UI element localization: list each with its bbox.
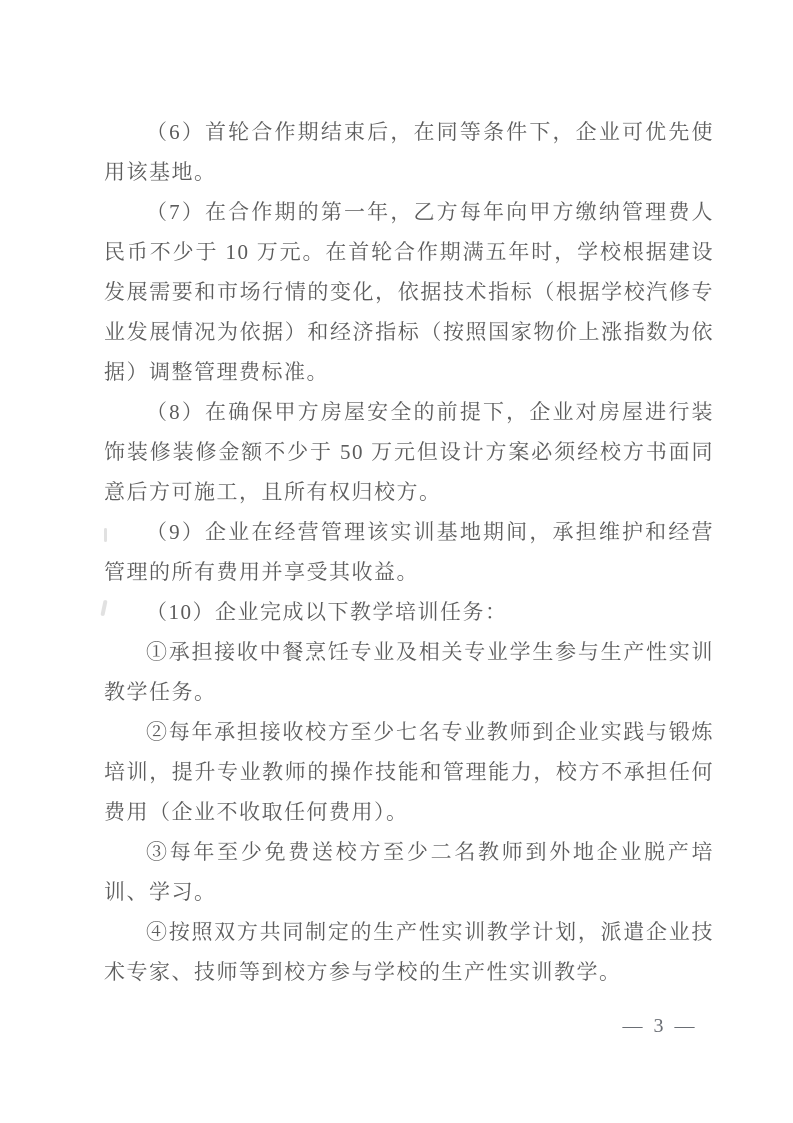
document-page: （6）首轮合作期结束后，在同等条件下，企业可优先使用该基地。 （7）在合作期的第… (0, 0, 793, 1123)
task-3-paragraph: ③每年至少免费送校方至少二名教师到外地企业脱产培训、学习。 (104, 832, 714, 912)
task-4-paragraph: ④按照双方共同制定的生产性实训教学计划，派遣企业技术专家、技师等到校方参与学校的… (104, 912, 714, 992)
task-1-paragraph: ①承担接收中餐烹饪专业及相关专业学生参与生产性实训教学任务。 (104, 632, 714, 712)
clause-8-paragraph: （8）在确保甲方房屋安全的前提下，企业对房屋进行装饰装修装修金额不少于 50 万… (104, 392, 714, 512)
page-number: — 3 — (600, 1015, 720, 1038)
clause-7-paragraph: （7）在合作期的第一年，乙方每年向甲方缴纳管理费人民币不少于 10 万元。在首轮… (104, 192, 714, 392)
clause-6-paragraph: （6）首轮合作期结束后，在同等条件下，企业可优先使用该基地。 (104, 112, 714, 192)
clause-9-paragraph: （9）企业在经营管理该实训基地期间，承担维护和经营管理的所有费用并享受其收益。 (104, 512, 714, 592)
contract-body: （6）首轮合作期结束后，在同等条件下，企业可优先使用该基地。 （7）在合作期的第… (104, 112, 714, 992)
clause-10-paragraph: （10）企业完成以下教学培训任务： (104, 592, 714, 632)
task-2-paragraph: ②每年承担接收校方至少七名专业教师到企业实践与锻炼培训，提升专业教师的操作技能和… (104, 712, 714, 832)
scan-speck (104, 528, 107, 542)
